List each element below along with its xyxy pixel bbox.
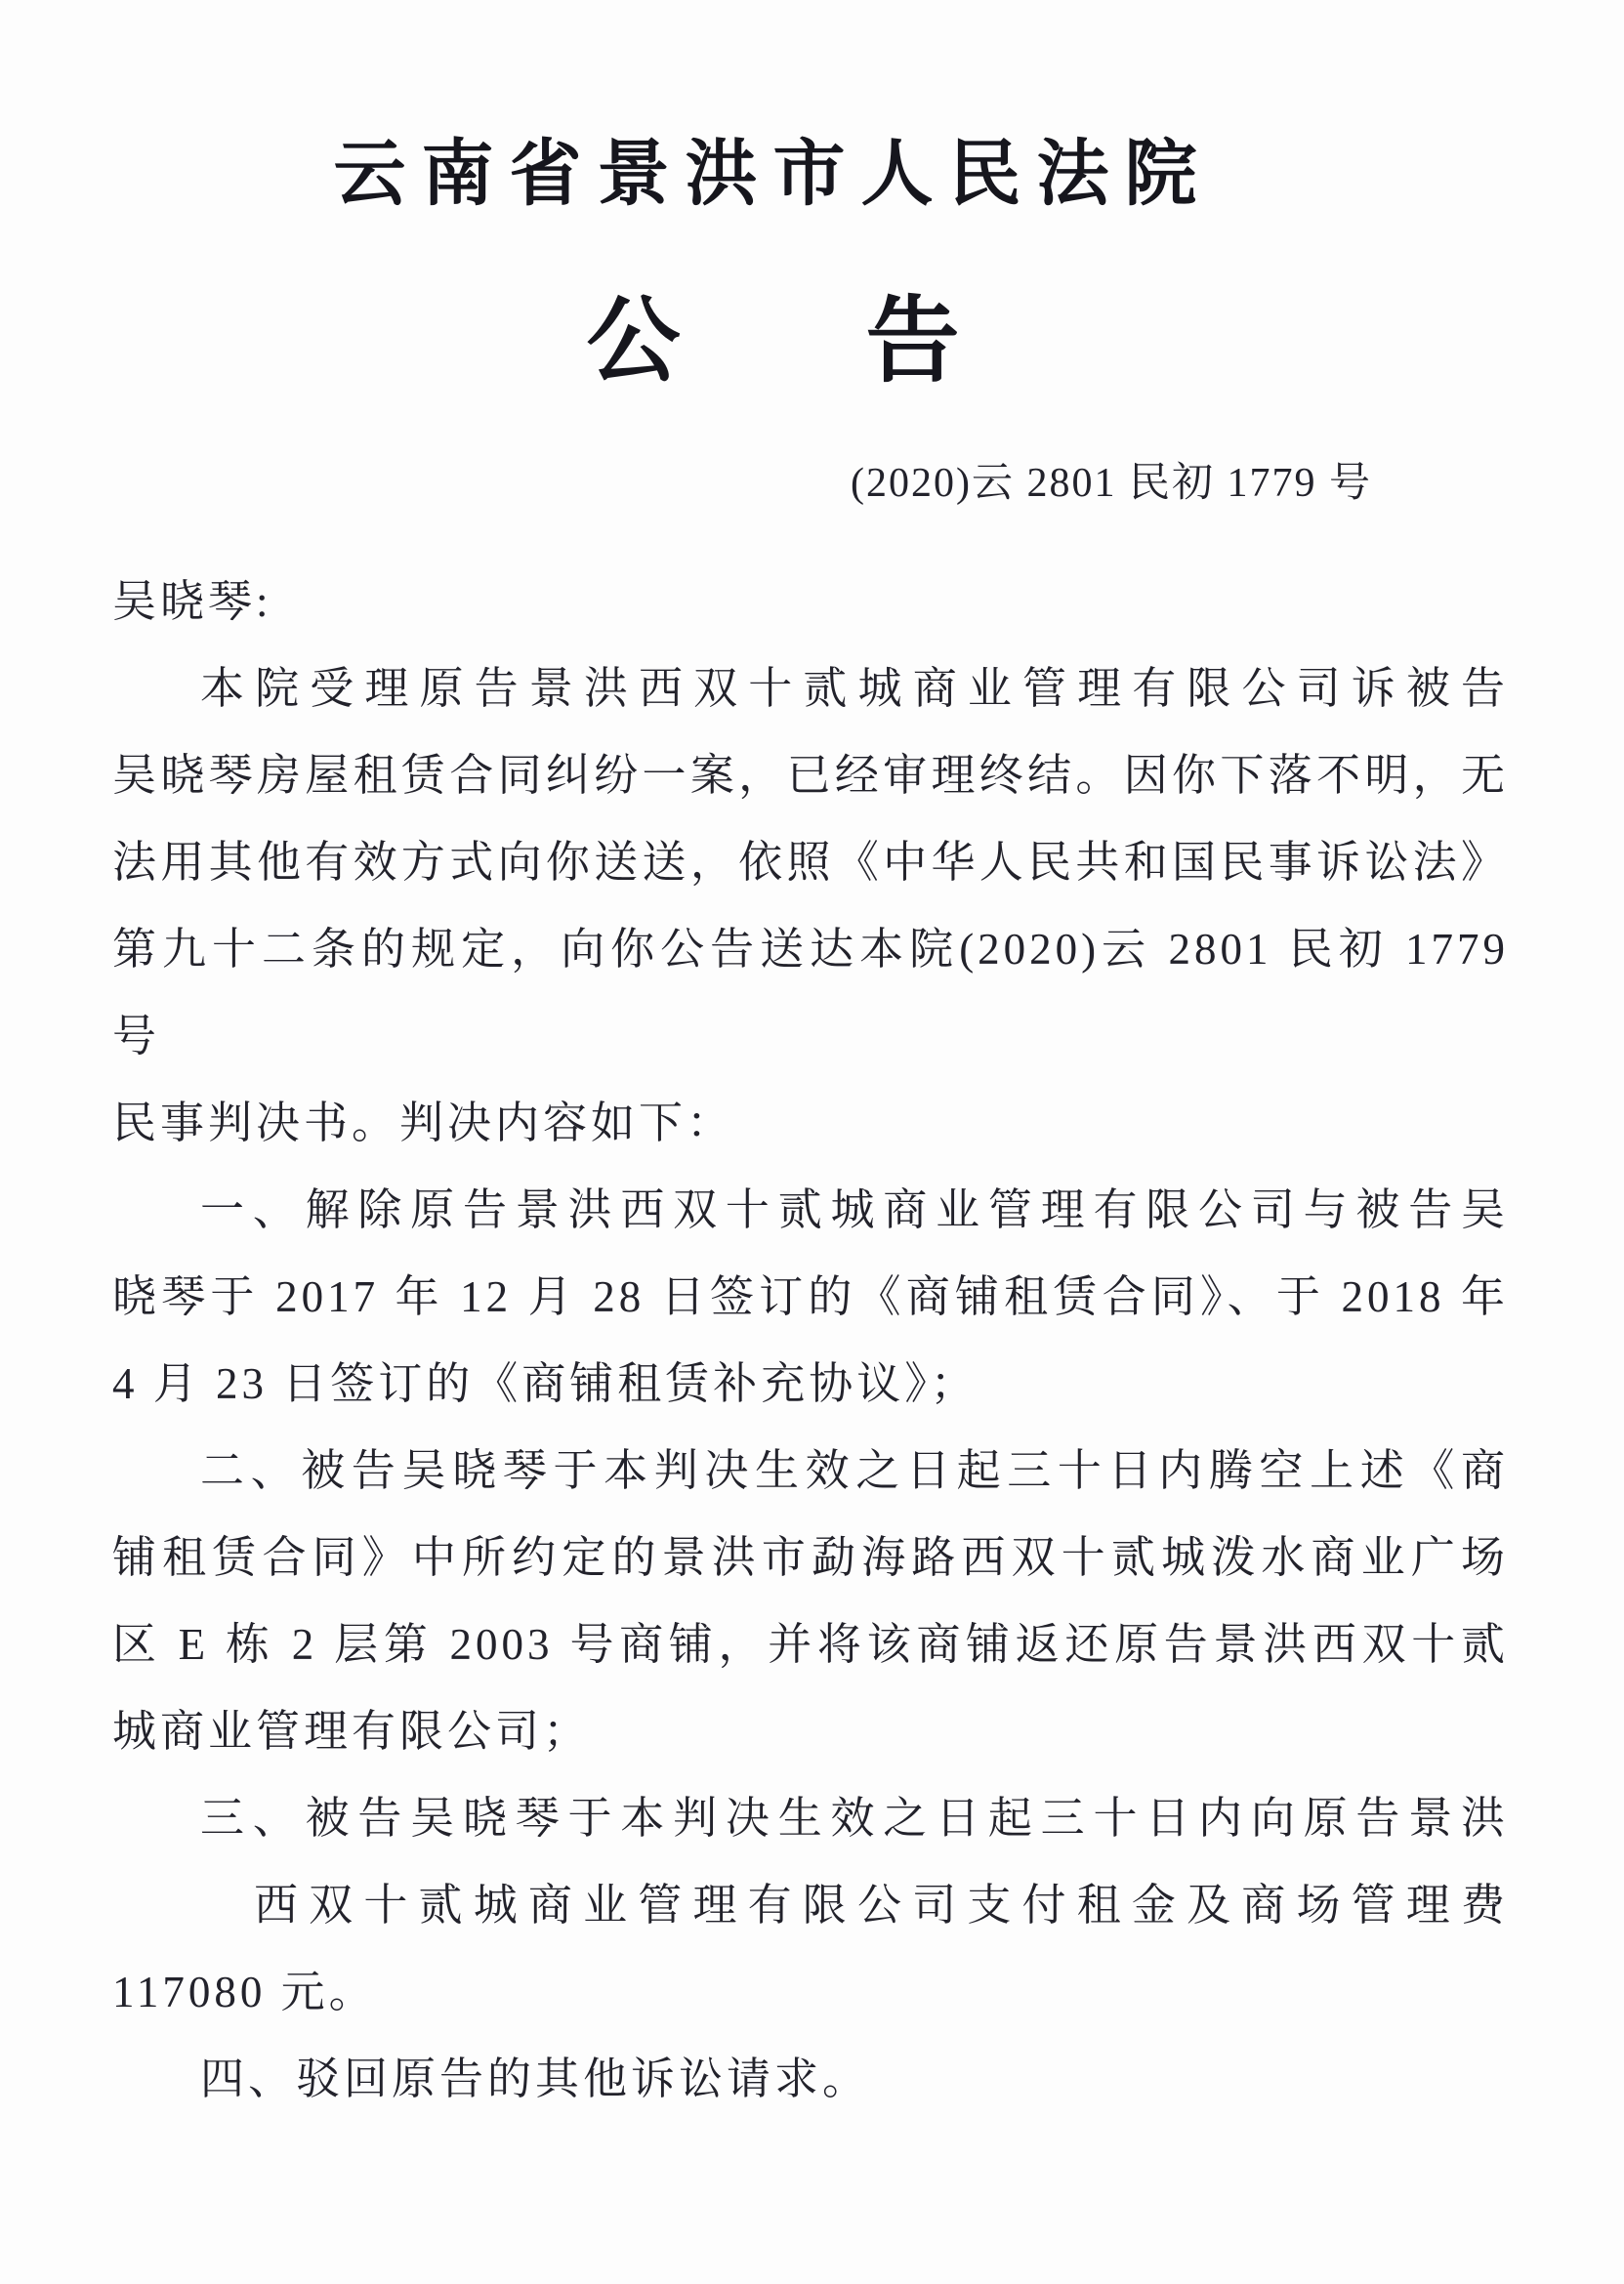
- judgment-item-3-line: 117080 元。: [112, 1949, 1509, 2036]
- judgment-item-3-line: 三、被告吴晓琴于本判决生效之日起三十日内向原告景洪: [112, 1775, 1509, 1862]
- body-line: 第九十二条的规定，向你公告送达本院(2020)云 2801 民初 1779 号: [112, 906, 1509, 1080]
- court-name-title: 云南省景洪市人民法院: [0, 0, 1546, 211]
- body-line: 民事判决书。判决内容如下：: [112, 1080, 1509, 1167]
- announcement-title: 公 告: [0, 295, 1546, 389]
- court-announcement-page: 云南省景洪市人民法院 公 告 (2020)云 2801 民初 1779 号 吴晓…: [0, 0, 1624, 2284]
- addressee-line: 吴晓琴:: [112, 559, 1509, 645]
- judgment-item-2-line: 区 E 栋 2 层第 2003 号商铺，并将该商铺返还原告景洪西双十贰: [112, 1601, 1509, 1688]
- case-number: (2020)云 2801 民初 1779 号: [0, 459, 1624, 508]
- judgment-item-3-line: 西双十贰城商业管理有限公司支付租金及商场管理费: [112, 1862, 1509, 1949]
- announcement-title-char-1: 公: [587, 295, 681, 389]
- judgment-item-2-line: 铺租赁合同》中所约定的景洪市勐海路西双十贰城泼水商业广场: [112, 1515, 1509, 1601]
- body-line: 本院受理原告景洪西双十贰城商业管理有限公司诉被告: [112, 645, 1509, 732]
- announcement-body: 吴晓琴: 本院受理原告景洪西双十贰城商业管理有限公司诉被告 吴晓琴房屋租赁合同纠…: [0, 559, 1624, 2123]
- judgment-item-1-line: 一、解除原告景洪西双十贰城商业管理有限公司与被告吴: [112, 1167, 1509, 1254]
- body-line: 法用其他有效方式向你送送，依照《中华人民共和国民事诉讼法》: [112, 819, 1509, 906]
- body-line: 吴晓琴房屋租赁合同纠纷一案，已经审理终结。因你下落不明，无: [112, 732, 1509, 819]
- announcement-title-char-2: 告: [866, 295, 960, 389]
- judgment-item-2-line: 二、被告吴晓琴于本判决生效之日起三十日内腾空上述《商: [112, 1428, 1509, 1515]
- header-block: 云南省景洪市人民法院 公 告: [0, 0, 1624, 389]
- judgment-item-2-line: 城商业管理有限公司；: [112, 1688, 1509, 1775]
- judgment-item-4-line: 四、驳回原告的其他诉讼请求。: [112, 2036, 1509, 2123]
- judgment-item-1-line: 晓琴于 2017 年 12 月 28 日签订的《商铺租赁合同》、于 2018 年: [112, 1254, 1509, 1341]
- judgment-item-1-line: 4 月 23 日签订的《商铺租赁补充协议》；: [112, 1341, 1509, 1428]
